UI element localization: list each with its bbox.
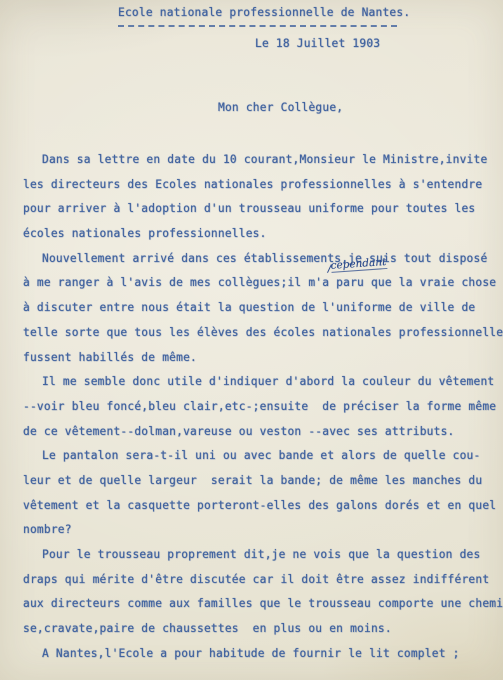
letter-line: telle sorte que tous les élèves des écol… xyxy=(23,322,497,347)
letter-line: fussent habillés de même. xyxy=(23,347,497,372)
letter-page: Ecole nationale professionnelle de Nante… xyxy=(0,0,503,680)
letter-line: Le pantalon sera-t-il uni ou avec bande … xyxy=(23,445,497,470)
letter-line: écoles nationales professionnelles. xyxy=(23,223,497,248)
letter-line: Il me semble donc utile d'indiquer d'abo… xyxy=(23,371,497,396)
paragraph: Dans sa lettre en date du 10 courant,Mon… xyxy=(23,149,497,248)
letter-header: Ecole nationale professionnelle de Nante… xyxy=(118,6,410,19)
letter-line: leur et de quelle largeur serait la band… xyxy=(23,470,497,495)
letter-line: Dans sa lettre en date du 10 courant,Mon… xyxy=(23,149,497,174)
letter-body: Dans sa lettre en date du 10 courant,Mon… xyxy=(23,149,497,667)
salutation: Mon cher Collègue, xyxy=(218,101,343,114)
letter-line: à me ranger à l'avis de mes collègues;il… xyxy=(23,272,497,297)
letter-line: aux directeurs comme aux familles que le… xyxy=(23,593,497,618)
letter-date: Le 18 Juillet 1903 xyxy=(255,37,380,50)
paragraph: Pour le trousseau proprement dit,je ne v… xyxy=(23,544,497,643)
letter-line: les directeurs des Ecoles nationales pro… xyxy=(23,174,497,199)
letter-line: A Nantes,l'Ecole a pour habitude de four… xyxy=(23,643,497,668)
header-underline xyxy=(118,25,397,27)
letter-line: nombre? xyxy=(23,519,497,544)
paragraph: Le pantalon sera-t-il uni ou avec bande … xyxy=(23,445,497,544)
paragraph: A Nantes,l'Ecole a pour habitude de four… xyxy=(23,643,497,668)
letter-line: Pour le trousseau proprement dit,je ne v… xyxy=(23,544,497,569)
letter-line: Nouvellement arrivé dans ces établisseme… xyxy=(23,248,497,273)
letter-line: pour arriver à l'adoption d'un trousseau… xyxy=(23,198,497,223)
paragraph: Il me semble donc utile d'indiquer d'abo… xyxy=(23,371,497,445)
paragraph: Nouvellement arrivé dans ces établisseme… xyxy=(23,248,497,371)
letter-line: de ce vêtement--dolman,vareuse ou veston… xyxy=(23,421,497,446)
letter-line: --voir bleu foncé,bleu clair,etc-;ensuit… xyxy=(23,396,497,421)
letter-line: draps qui mérite d'être discutée car il … xyxy=(23,569,497,594)
letter-line: se,cravate,paire de chaussettes en plus … xyxy=(23,618,497,643)
letter-line: vêtement et la casquette porteront-elles… xyxy=(23,495,497,520)
letter-line: à discuter entre nous était la question … xyxy=(23,297,497,322)
